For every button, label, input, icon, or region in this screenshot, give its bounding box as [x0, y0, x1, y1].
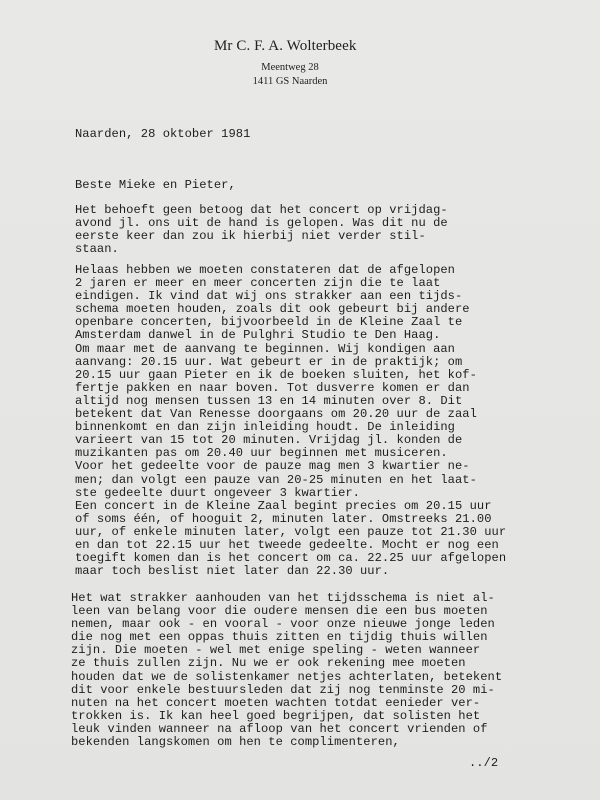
text-line: aanvang: 20.15 uur. Wat gebeurt er in de… [75, 356, 506, 369]
text-line: dit voor enkele bestuursleden dat zij no… [71, 684, 502, 697]
text-line: Een concert in de Kleine Zaal begint pre… [75, 500, 506, 513]
text-line: of soms één, of hooguit 2, minuten later… [75, 513, 506, 526]
text-line: trokken is. Ik kan heel goed begrijpen, … [71, 710, 502, 723]
paragraph-2: Helaas hebben we moeten constateren dat … [75, 264, 506, 578]
letter-page: Mr C. F. A. Wolterbeek Meentweg 28 1411 … [0, 0, 600, 800]
salutation: Beste Mieke en Pieter, [75, 179, 236, 192]
text-line: ze thuis zullen zijn. Nu we er ook reken… [71, 657, 502, 670]
paragraph-1: Het behoeft geen betoog dat het concert … [75, 204, 448, 256]
text-line: Voor het gedeelte voor de pauze mag men … [75, 460, 506, 473]
place-date: Naarden, 28 oktober 1981 [75, 128, 250, 141]
sender-city: 1411 GS Naarden [230, 76, 350, 87]
text-line: eerste keer dan zou ik hierbij niet verd… [75, 230, 448, 243]
text-line: staan. [75, 243, 448, 256]
text-line: fertje pakken en naar boven. Tot dusverr… [75, 382, 506, 395]
text-line: nuten na het concert moeten wachten totd… [71, 697, 502, 710]
text-line: Amsterdam danwel in de Pulghri Studio te… [75, 329, 506, 342]
text-line: Om maar met de aanvang te beginnen. Wij … [75, 343, 506, 356]
paragraph-3: Het wat strakker aanhouden van het tijds… [71, 592, 502, 749]
text-line: bekenden langskomen om hen te compliment… [71, 736, 502, 749]
sender-name: Mr C. F. A. Wolterbeek [214, 38, 356, 55]
text-line: 20.15 uur gaan Pieter en ik de boeken sl… [75, 369, 506, 382]
text-line: uur, of enkele minuten later, volgt een … [75, 526, 506, 539]
page-continuation: ../2 [469, 757, 498, 770]
sender-street: Meentweg 28 [230, 62, 350, 73]
text-line: ste gedeelte duurt ongeveer 3 kwartier. [75, 487, 506, 500]
text-line: maar toch beslist niet later dan 22.30 u… [75, 565, 506, 578]
text-line: houden dat we de solistenkamer netjes ac… [71, 671, 502, 684]
text-line: men; dan volgt een pauze van 20-25 minut… [75, 474, 506, 487]
